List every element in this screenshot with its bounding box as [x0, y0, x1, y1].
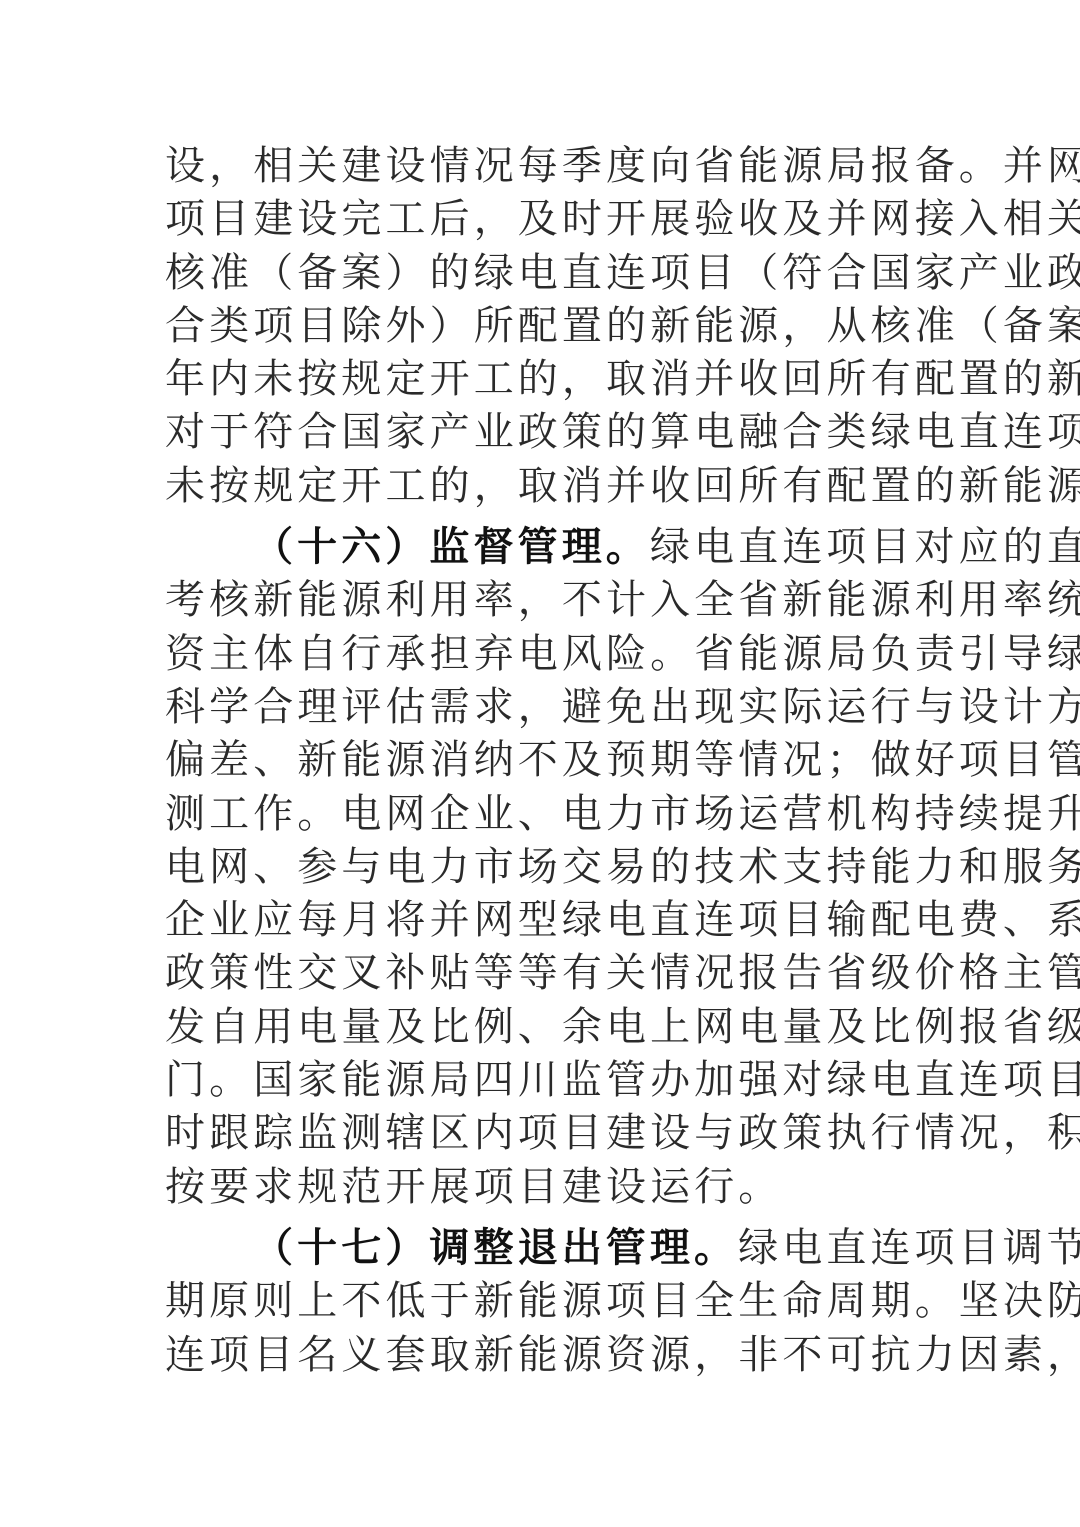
text-line: 测工作。电网企业、电力市场运营机构持续提升对项目接入 — [165, 788, 917, 841]
document-page: 设，相关建设情况每季度向省能源局报备。并网型绿电直连 项目建设完工后，及时开展验… — [165, 140, 917, 1382]
text-line: 合类项目除外）所配置的新能源，从核准（备案）之日起2 — [165, 300, 917, 353]
section-heading: （十六）监督管理。 — [253, 524, 650, 570]
text-run: 绿电直连项目对应的直供新能源不 — [650, 524, 1080, 570]
paragraph-spacer — [165, 1214, 917, 1222]
paragraph-continuation: 设，相关建设情况每季度向省能源局报备。并网型绿电直连 项目建设完工后，及时开展验… — [165, 140, 917, 513]
text-line: 科学合理评估需求，避免出现实际运行与设计方案出现较大 — [165, 681, 917, 734]
text-line: 按要求规范开展项目建设运行。 — [165, 1161, 917, 1214]
text-line: 资主体自行承担弃电风险。省能源局负责引导绿电直连项目 — [165, 628, 917, 681]
text-line: 企业应每月将并网型绿电直连项目输配电费、系统运行费、 — [165, 894, 917, 947]
text-line: 偏差、新能源消纳不及预期等情况；做好项目管理和运行监 — [165, 734, 917, 787]
text-line: 发自用电量及比例、余电上网电量及比例报省级能源运行部 — [165, 1001, 917, 1054]
text-line: 对于符合国家产业政策的算电融合类绿电直连项目，2年内 — [165, 406, 917, 459]
paragraph-first-line: （十六）监督管理。绿电直连项目对应的直供新能源不 — [165, 521, 917, 574]
paragraph-first-line: （十七）调整退出管理。绿电直连项目调节资源运行周 — [165, 1222, 917, 1275]
text-line: 时跟踪监测辖区内项目建设与政策执行情况，积极推动各方 — [165, 1107, 917, 1160]
text-line: 连项目名义套取新能源资源，非不可抗力因素，在绿电直连 — [165, 1329, 917, 1382]
paragraph-spacer — [165, 513, 917, 521]
text-line: 政策性交叉补贴等等有关情况报告省级价格主管部门，将自 — [165, 947, 917, 1000]
text-line: 考核新能源利用率，不计入全省新能源利用率统计范围，投 — [165, 574, 917, 627]
text-line: 未按规定开工的，取消并收回所有配置的新能源资源。 — [165, 460, 917, 513]
text-line: 期原则上不低于新能源项目全生命周期。坚决防止以绿电直 — [165, 1275, 917, 1328]
text-line: 电网、参与电力市场交易的技术支持能力和服务水平。电网 — [165, 841, 917, 894]
text-line: 核准（备案）的绿电直连项目（符合国家产业政策的算电融 — [165, 247, 917, 300]
paragraph-supervision-management: （十六）监督管理。绿电直连项目对应的直供新能源不 考核新能源利用率，不计入全省新… — [165, 521, 917, 1214]
text-line: 设，相关建设情况每季度向省能源局报备。并网型绿电直连 — [165, 140, 917, 193]
text-run: 绿电直连项目调节资源运行周 — [738, 1225, 1080, 1271]
section-heading: （十七）调整退出管理。 — [253, 1225, 738, 1271]
paragraph-adjustment-exit-management: （十七）调整退出管理。绿电直连项目调节资源运行周 期原则上不低于新能源项目全生命… — [165, 1222, 917, 1382]
text-line: 年内未按规定开工的，取消并收回所有配置的新能源资源； — [165, 353, 917, 406]
text-line: 门。国家能源局四川监管办加强对绿电直连项目的监管，及 — [165, 1054, 917, 1107]
text-line: 项目建设完工后，及时开展验收及并网接入相关工作。对已 — [165, 193, 917, 246]
